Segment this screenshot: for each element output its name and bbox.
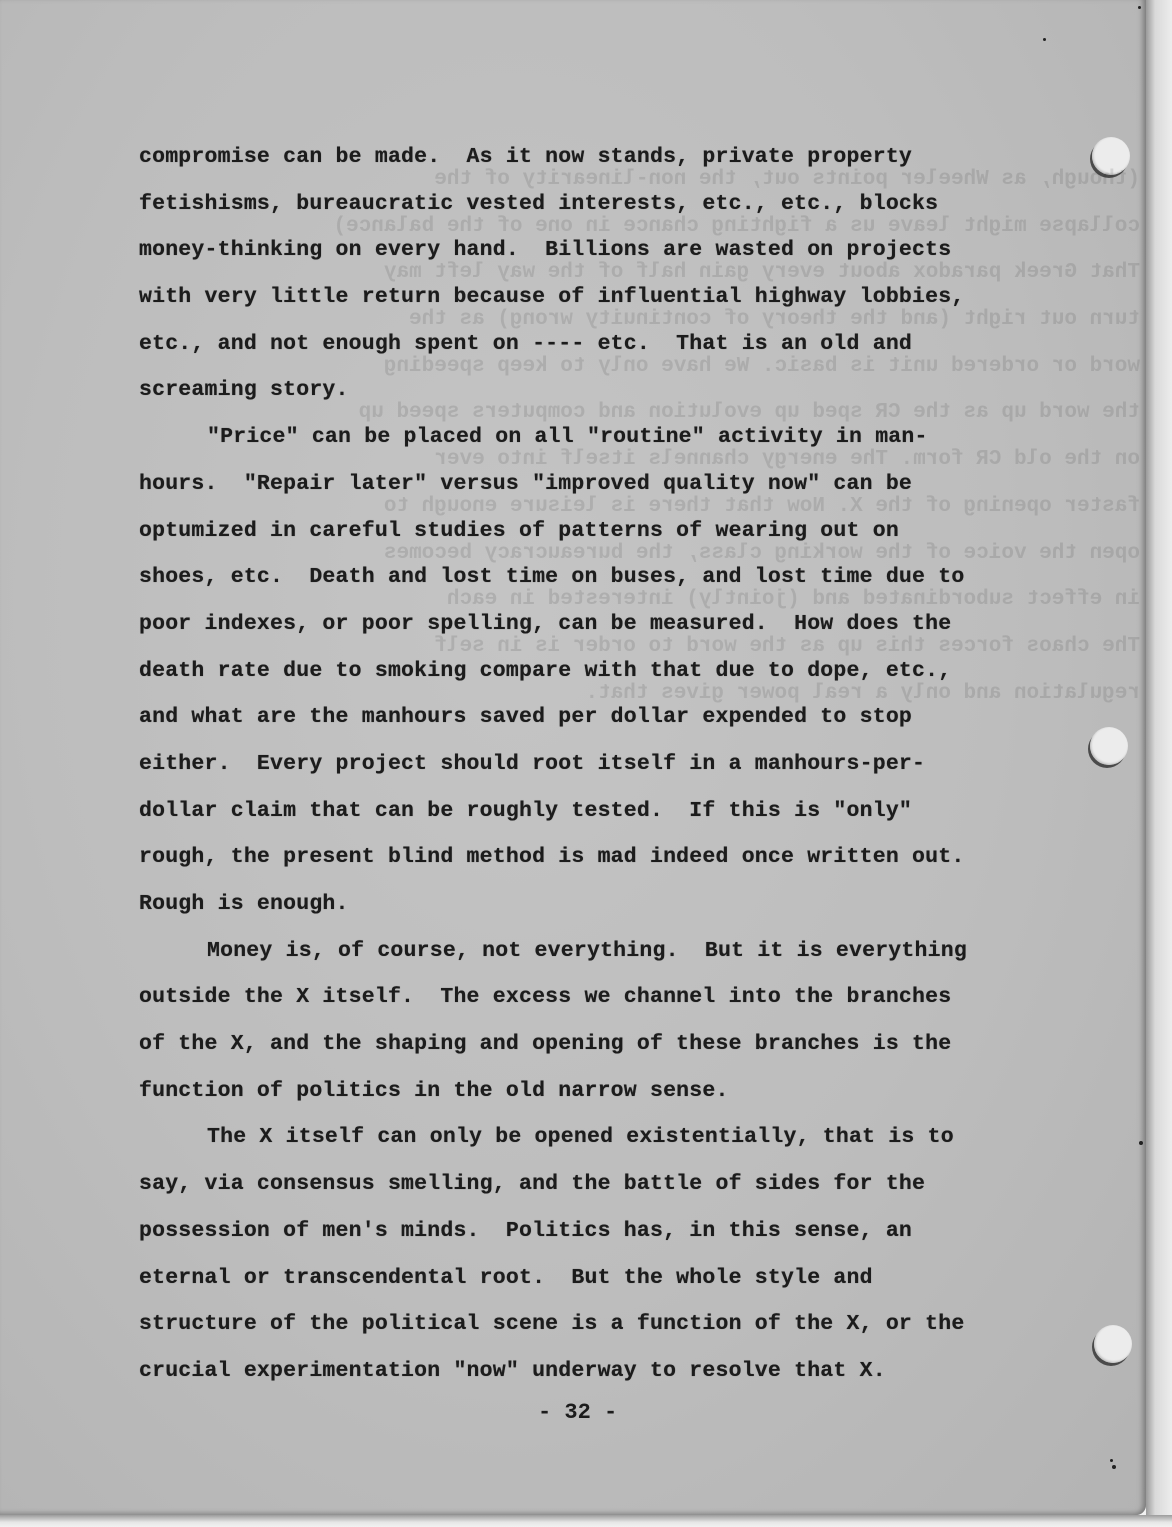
text-line: The X itself can only be opened existent… (139, 1120, 1029, 1167)
text-line: poor indexes, or poor spelling, can be m… (139, 607, 1029, 654)
text-line: money-thinking on every hand. Billions a… (139, 233, 1029, 280)
document-page: (though, as Wheeler points out, the non-… (0, 0, 1146, 1515)
punch-hole-top (1092, 137, 1130, 175)
paper-speck (1043, 38, 1046, 41)
text-line: fetishisms, bureaucratic vested interest… (139, 187, 1029, 234)
text-line: eternal or transcendental root. But the … (139, 1261, 1029, 1308)
text-line: outside the X itself. The excess we chan… (139, 980, 1029, 1027)
page-number: - 32 - (538, 1400, 617, 1425)
text-line: say, via consensus smelling, and the bat… (139, 1167, 1029, 1214)
text-line: dollar claim that can be roughly tested.… (139, 794, 1029, 841)
punch-hole-bottom (1094, 1325, 1132, 1363)
text-line: crucial experimentation "now" underway t… (139, 1354, 1029, 1401)
paper-speck (1112, 1465, 1116, 1469)
paper-speck (1110, 1459, 1113, 1462)
text-line: compromise can be made. As it now stands… (139, 140, 1029, 187)
text-line: Money is, of course, not everything. But… (139, 934, 1029, 981)
paragraph-1: compromise can be made. As it now stands… (139, 140, 1029, 420)
text-line: death rate due to smoking compare with t… (139, 654, 1029, 701)
paper-speck (1139, 1141, 1143, 1145)
paragraph-3: Money is, of course, not everything. But… (139, 934, 1029, 1121)
text-line: structure of the political scene is a fu… (139, 1307, 1029, 1354)
text-line: "Price" can be placed on all "routine" a… (139, 420, 1029, 467)
text-line: either. Every project should root itself… (139, 747, 1029, 794)
text-line: etc., and not enough spent on ---- etc. … (139, 327, 1029, 374)
text-line: optumized in careful studies of patterns… (139, 514, 1029, 561)
text-line: rough, the present blind method is mad i… (139, 840, 1029, 887)
text-line: Rough is enough. (139, 887, 1029, 934)
text-line: hours. "Repair later" versus "improved q… (139, 467, 1029, 514)
text-line: with very little return because of influ… (139, 280, 1029, 327)
document-body: compromise can be made. As it now stands… (139, 140, 1029, 1401)
text-line: and what are the manhours saved per doll… (139, 700, 1029, 747)
text-line: shoes, etc. Death and lost time on buses… (139, 560, 1029, 607)
punch-hole-middle (1090, 727, 1128, 765)
text-line: possession of men's minds. Politics has,… (139, 1214, 1029, 1261)
paragraph-4: The X itself can only be opened existent… (139, 1120, 1029, 1400)
paragraph-2: "Price" can be placed on all "routine" a… (139, 420, 1029, 934)
text-line: function of politics in the old narrow s… (139, 1074, 1029, 1121)
page-edge (1146, 0, 1172, 1527)
paper-speck (1138, 6, 1141, 9)
text-line: of the X, and the shaping and opening of… (139, 1027, 1029, 1074)
text-line: screaming story. (139, 373, 1029, 420)
page-bottom-edge (0, 1515, 1172, 1527)
